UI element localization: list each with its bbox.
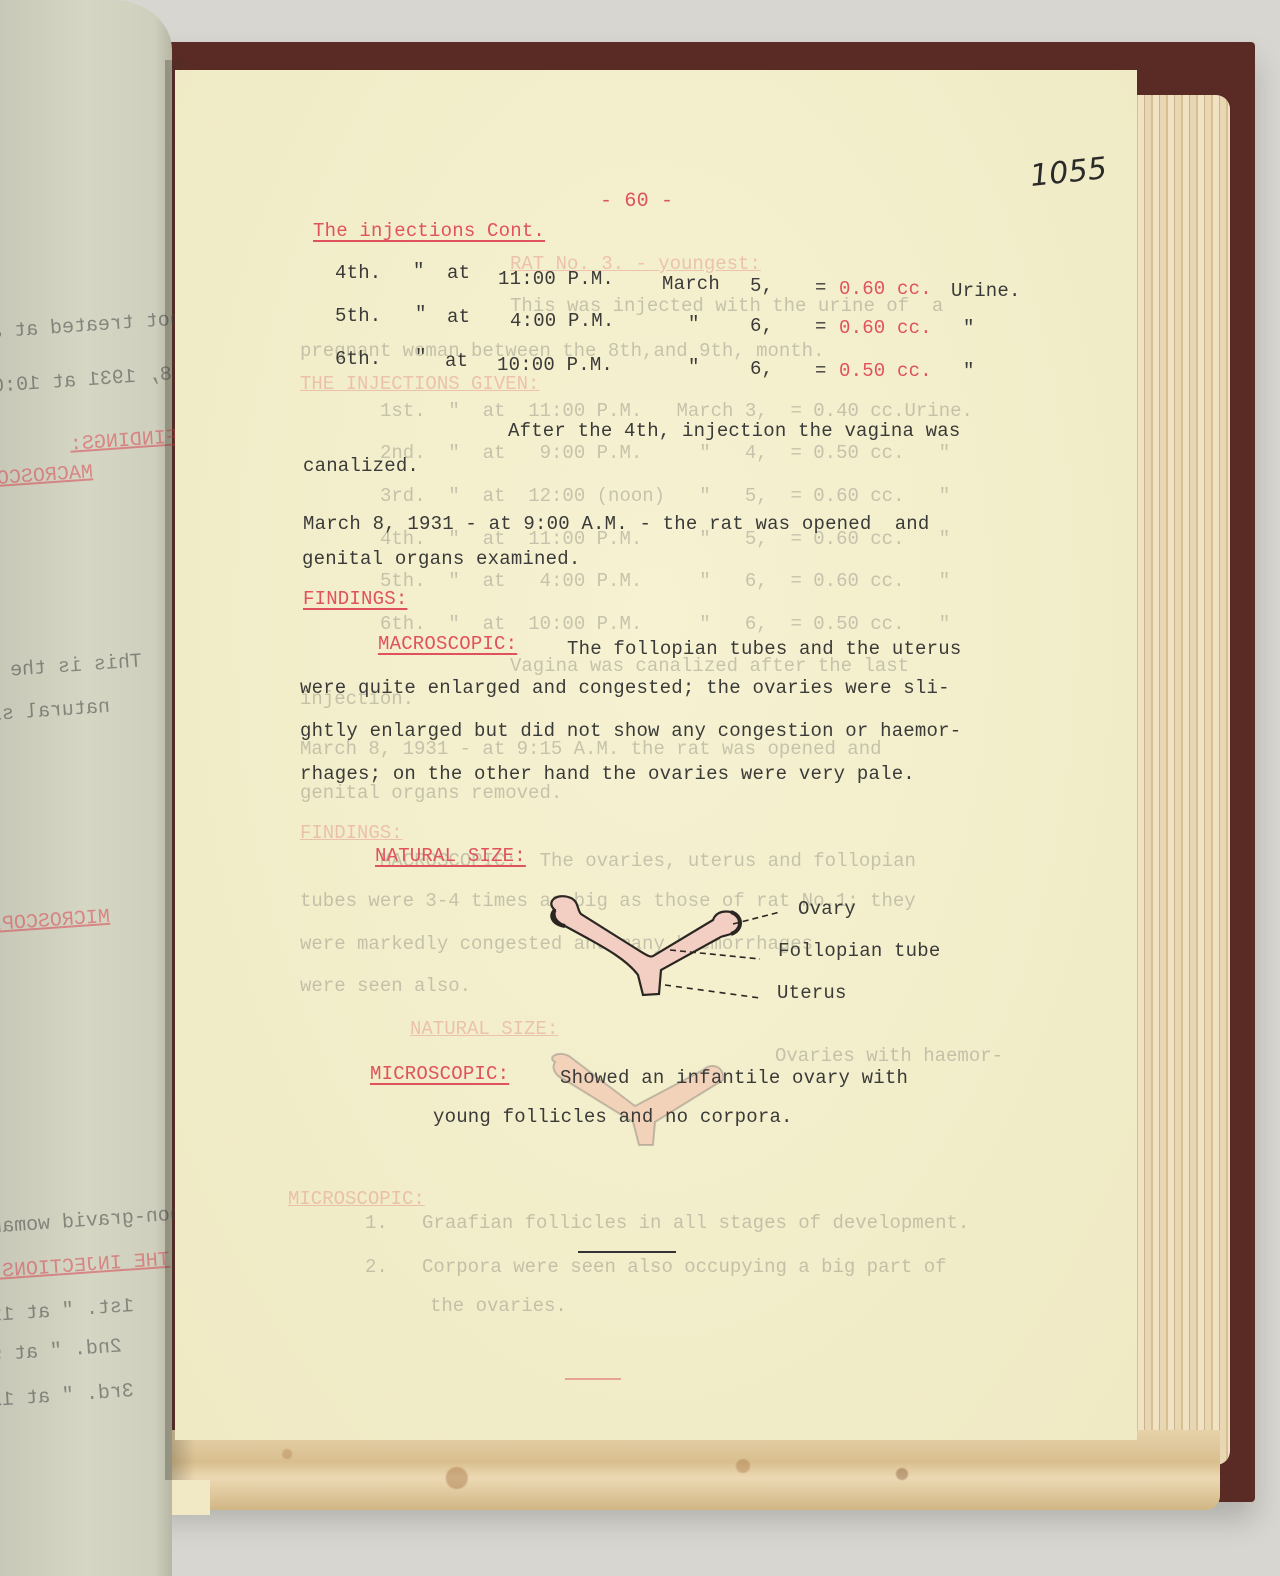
paragraph-line: After the 4th, injection the vagina was bbox=[508, 420, 960, 442]
macroscopic-line: rhages; on the other hand the ovaries we… bbox=[300, 763, 915, 785]
bleed-line: 2nd. " at 9:00 P.M. " 4, = 0.50 cc. " bbox=[380, 442, 950, 464]
paragraph-line: genital organs examined. bbox=[302, 548, 580, 570]
mirrored-text: not treated at a bbox=[0, 308, 183, 344]
paragraph-line: canalized. bbox=[303, 455, 419, 477]
mirrored-text: non-gravid woman bbox=[0, 1203, 183, 1239]
bleed-line: genital organs removed. bbox=[300, 782, 562, 804]
findings-heading: FINDINGS: bbox=[303, 588, 407, 610]
bleed-line: Ovaries with haemor- bbox=[775, 1045, 1003, 1067]
left-facing-page: not treated at a 8, 1931 at 10:00 FINDIN… bbox=[0, 0, 172, 1576]
natural-size-label: NATURAL SIZE: bbox=[375, 845, 526, 867]
injection-amount: 0.60 cc. bbox=[839, 317, 932, 339]
bleed-list-item: 1. Graafian follicles in all stages of d… bbox=[365, 1212, 969, 1234]
macroscopic-line: were quite enlarged and congested; the o… bbox=[300, 677, 950, 699]
bleed-line: were seen also. bbox=[300, 975, 471, 997]
red-rule bbox=[565, 1378, 621, 1380]
bleed-line: 3rd. " at 12:00 (noon) " 5, = 0.60 cc. " bbox=[380, 485, 950, 507]
uterus-ovary-sketch-icon bbox=[551, 896, 740, 995]
bleed-heading: THE INJECTIONS GIVEN: bbox=[300, 373, 539, 395]
diagram-label-ovary: Ovary bbox=[798, 898, 856, 920]
ink-rule bbox=[578, 1251, 676, 1253]
mirrored-heading: THE INJECTIONS: bbox=[0, 1249, 171, 1285]
bleed-line: 6th. " at 10:00 P.M. " 6, = 0.50 cc. " bbox=[380, 613, 950, 635]
section-heading: The injections Cont. bbox=[313, 220, 545, 242]
diagram-label-follopian-tube: Follopian tube bbox=[778, 940, 940, 962]
mirrored-heading: MACROSCOC bbox=[0, 461, 94, 491]
bleed-heading: FINDINGS: bbox=[300, 822, 403, 844]
macroscopic-label: MACROSCOPIC: bbox=[378, 633, 517, 655]
mirrored-text: 3rd. " at 12 bbox=[0, 1380, 135, 1413]
page-stack-right-edge bbox=[1130, 95, 1230, 1465]
mirrored-heading: MICROSCOPI bbox=[0, 906, 111, 937]
paper-tab bbox=[170, 1480, 210, 1515]
page-stack-bottom-edge bbox=[160, 1430, 1220, 1510]
microscopic-line: Showed an infantile ovary with bbox=[560, 1067, 908, 1089]
mirrored-heading: FINDINGS: bbox=[69, 426, 178, 456]
microscopic-label: MICROSCOPIC: bbox=[370, 1063, 509, 1085]
mirrored-text: This is the bbox=[9, 650, 142, 682]
bleed-line: 1st. " at 11:00 P.M. March 3, = 0.40 cc.… bbox=[380, 400, 973, 422]
injection-amount: 0.50 cc. bbox=[839, 360, 932, 382]
document-page: RAT No. 3. - youngest: This was injected… bbox=[175, 70, 1137, 1440]
bleed-list-item: 2. Corpora were seen also occupying a bi… bbox=[365, 1256, 947, 1278]
paragraph-line: March 8, 1931 - at 9:00 A.M. - the rat w… bbox=[303, 513, 930, 535]
mirrored-text: 8, 1931 at 10:00 bbox=[0, 363, 173, 399]
uterus-leader-line bbox=[665, 985, 760, 998]
handwritten-folio-number: 1055 bbox=[1028, 151, 1108, 194]
mirrored-text: 2nd. " at 9 bbox=[0, 1335, 123, 1367]
mirrored-text: natural si bbox=[0, 696, 111, 727]
bleed-line: 5th. " at 4:00 P.M. " 6, = 0.60 cc. " bbox=[380, 570, 950, 592]
mirrored-text: 1st. " at 11 bbox=[0, 1295, 135, 1328]
microscopic-line: young follicles and no corpora. bbox=[433, 1106, 793, 1128]
macroscopic-line: ghtly enlarged but did not show any cong… bbox=[300, 720, 961, 742]
page-number: - 60 - bbox=[600, 190, 673, 213]
macroscopic-line: The follopian tubes and the uterus bbox=[567, 638, 961, 660]
diagram-label-uterus: Uterus bbox=[777, 982, 847, 1004]
bleed-heading: NATURAL SIZE: bbox=[410, 1018, 558, 1040]
injection-amount: 0.60 cc. bbox=[839, 278, 932, 300]
bleed-line: the ovaries. bbox=[430, 1295, 567, 1317]
bleed-heading: MICROSCOPIC: bbox=[288, 1188, 425, 1210]
